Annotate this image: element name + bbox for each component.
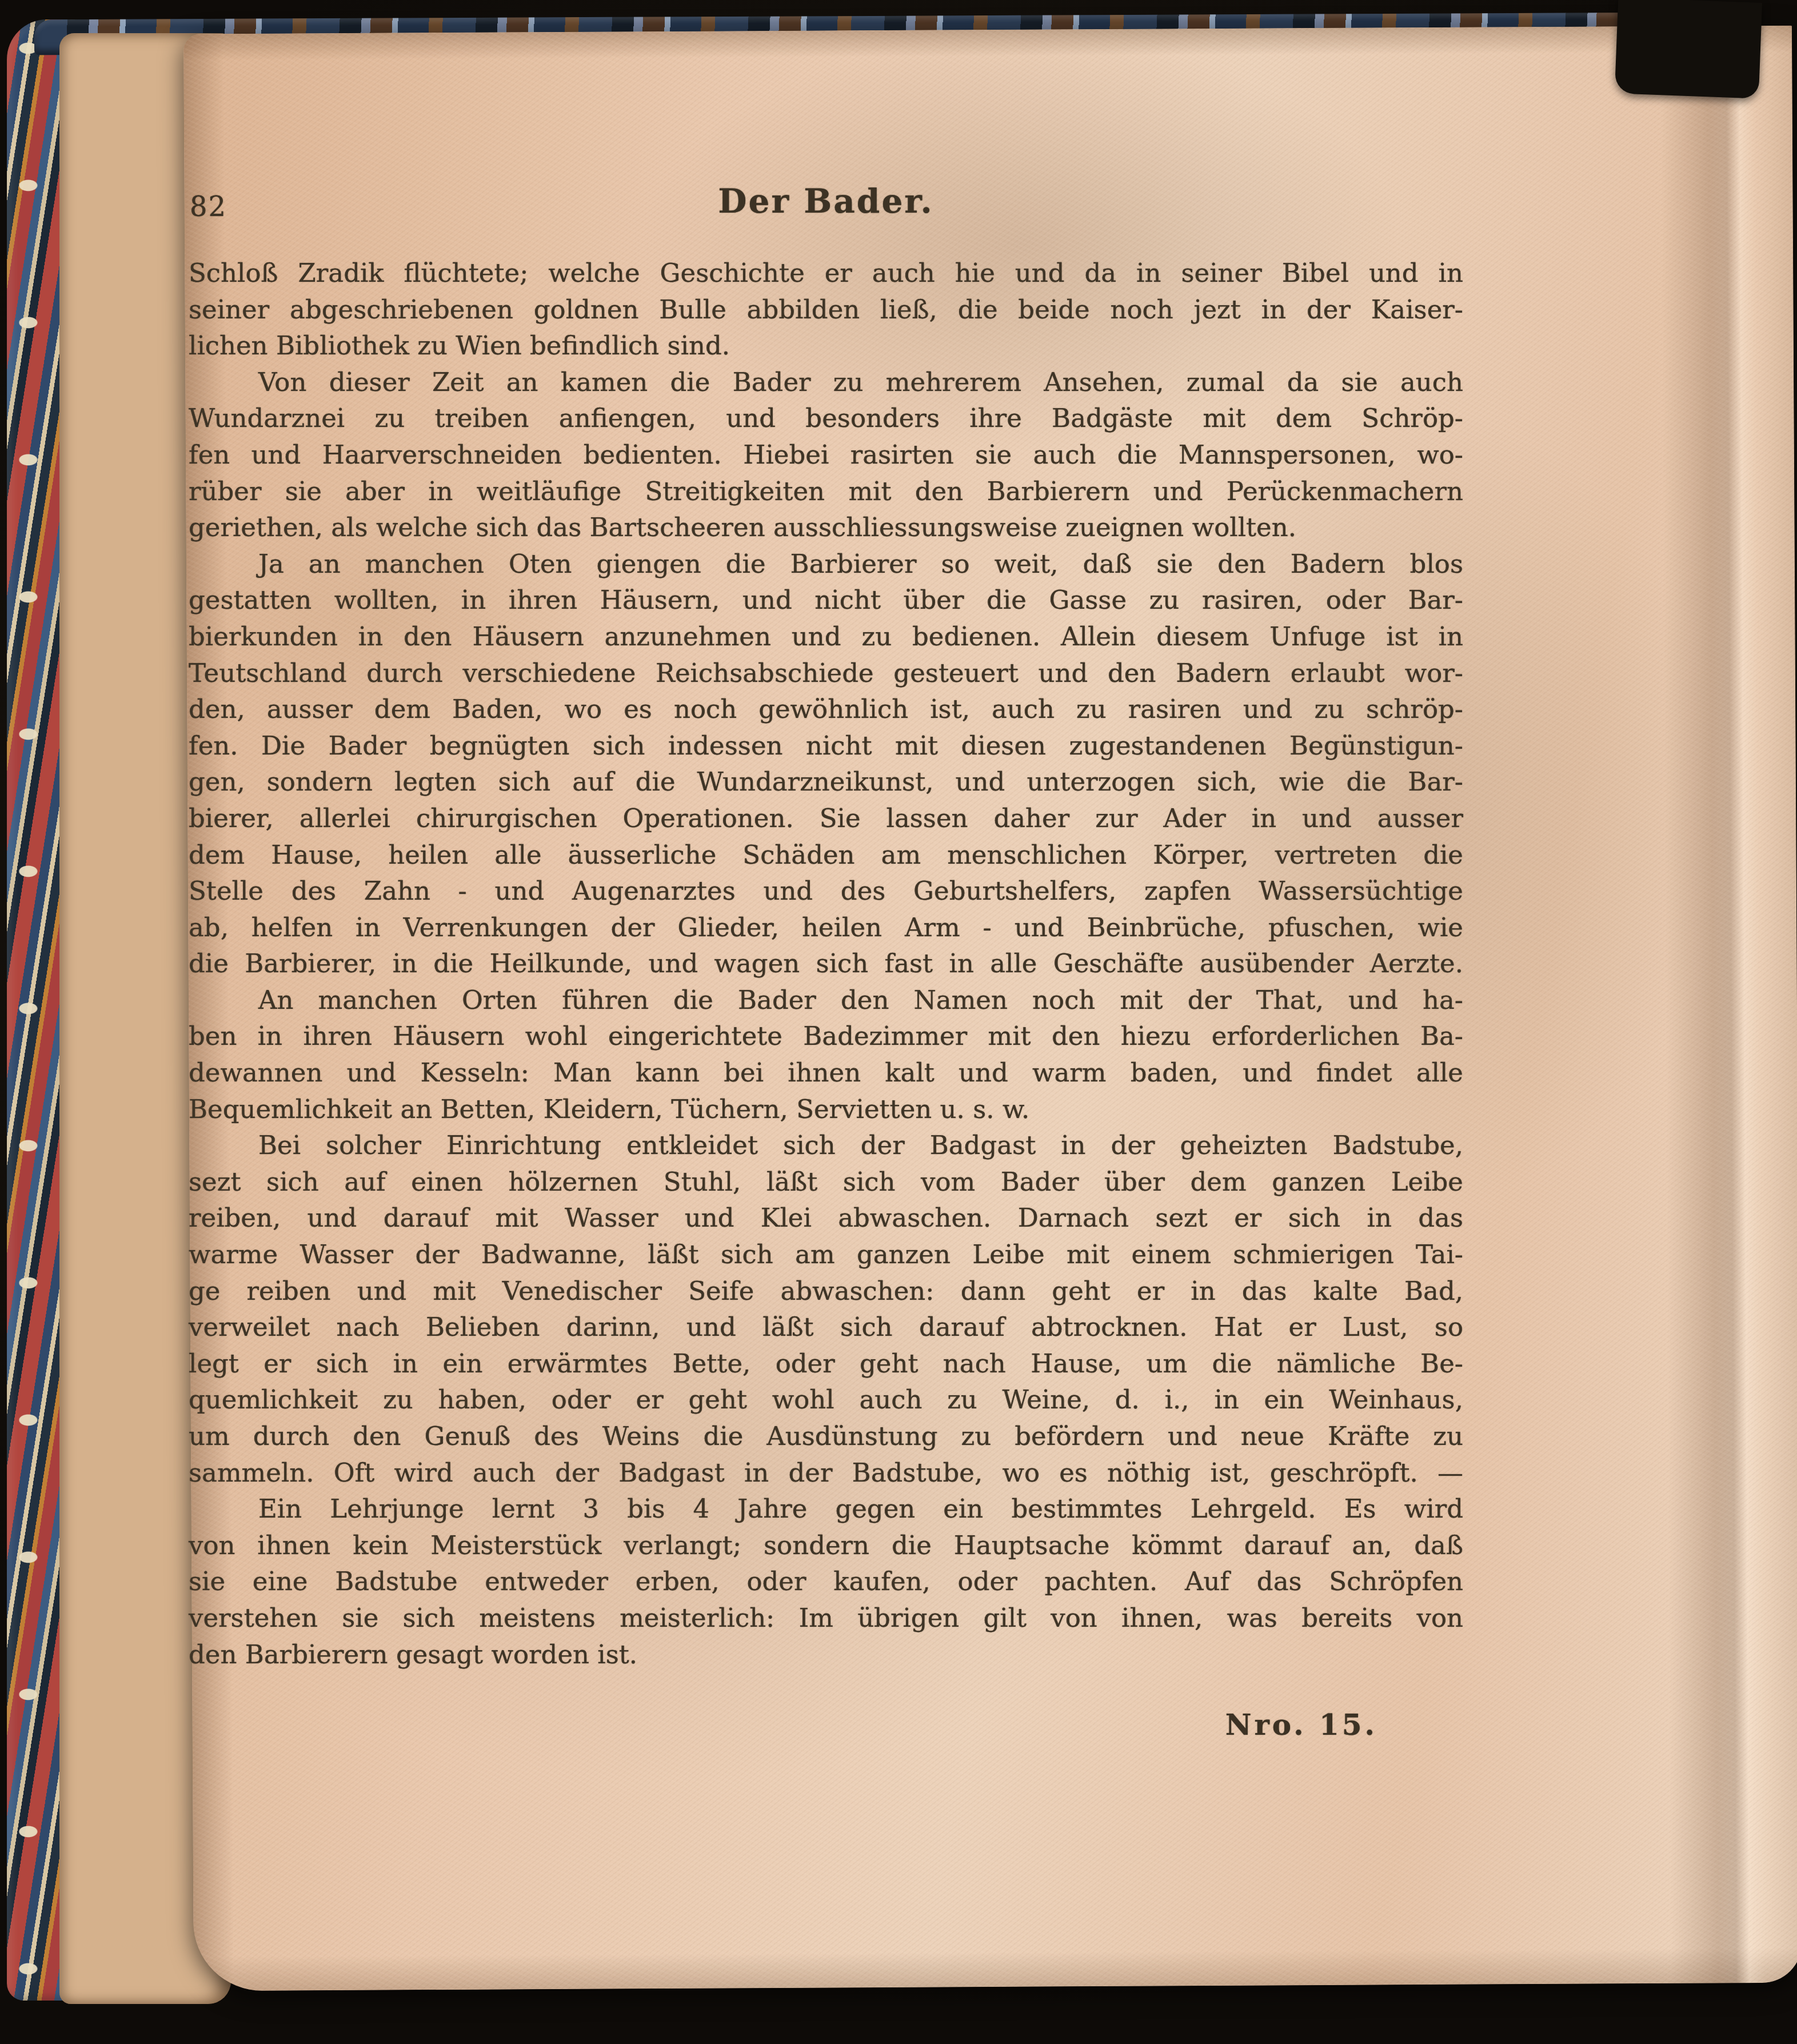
page-fold-crease — [1660, 26, 1797, 1983]
text-line: ben in ihren Häusern wohl eingerichtete … — [189, 1018, 1463, 1055]
scanner-background-notch — [1615, 0, 1762, 99]
text-line: fen. Die Bader begnügten sich indessen n… — [189, 728, 1463, 764]
text-line: geriethen, als welche sich das Bartschee… — [189, 509, 1463, 546]
text-line: Ja an manchen Oten giengen die Barbierer… — [189, 546, 1463, 582]
text-line: sie eine Badstube entweder erben, oder k… — [189, 1563, 1463, 1600]
text-line: Bei solcher Einrichtung entkleidet sich … — [189, 1127, 1463, 1164]
text-line: dem Hause, heilen alle äusserliche Schäd… — [189, 837, 1463, 873]
signature-mark: Nro. 15. — [189, 1708, 1463, 1742]
text-line: lichen Bibliothek zu Wien befindlich sin… — [189, 328, 1463, 364]
text-line: Teutschland durch verschiedene Reichsabs… — [189, 655, 1463, 692]
text-line: reiben, und darauf mit Wasser und Klei a… — [189, 1200, 1463, 1236]
text-line: verstehen sie sich meistens meisterlich:… — [189, 1600, 1463, 1636]
text-block: Schloß Zradik flüchtete; welche Geschich… — [189, 255, 1463, 1672]
text-line: Ein Lehrjunge lernt 3 bis 4 Jahre gegen … — [189, 1491, 1463, 1527]
text-line: ab, helfen in Verrenkungen der Glieder, … — [189, 909, 1463, 946]
text-line: quemlichkeit zu haben, oder er geht wohl… — [189, 1382, 1463, 1418]
text-line: fen und Haarverschneiden bedienten. Hieb… — [189, 437, 1463, 473]
text-line: gestatten wollten, in ihren Häusern, und… — [189, 582, 1463, 618]
text-line: sammeln. Oft wird auch der Badgast in de… — [189, 1455, 1463, 1491]
text-line: bierkunden in den Häusern anzunehmen und… — [189, 618, 1463, 655]
text-line: Stelle des Zahn - und Augenarztes und de… — [189, 873, 1463, 909]
page-header: 82 Der Bader. — [189, 182, 1463, 245]
text-line: Wundarznei zu treiben anfiengen, und bes… — [189, 400, 1463, 437]
text-line: den, ausser dem Baden, wo es noch gewöhn… — [189, 691, 1463, 728]
text-line: Schloß Zradik flüchtete; welche Geschich… — [189, 255, 1463, 292]
text-line: ge reiben und mit Venedischer Seife abwa… — [189, 1273, 1463, 1310]
text-line: Von dieser Zeit an kamen die Bader zu me… — [189, 364, 1463, 401]
text-line: die Barbierer, in die Heilkunde, und wag… — [189, 945, 1463, 982]
text-line: rüber sie aber in weitläufige Streitigke… — [189, 473, 1463, 510]
text-line: gen, sondern legten sich auf die Wundarz… — [189, 764, 1463, 800]
scanner-background: 82 Der Bader. Schloß Zradik flüchtete; w… — [0, 0, 1797, 2044]
text-line: dewannen und Kesseln: Man kann bei ihnen… — [189, 1055, 1463, 1091]
text-line: Bequemlichkeit an Betten, Kleidern, Tüch… — [189, 1091, 1463, 1128]
text-line: warme Wasser der Badwanne, läßt sich am … — [189, 1236, 1463, 1273]
text-line: sezt sich auf einen hölzernen Stuhl, läß… — [189, 1164, 1463, 1200]
text-line: bierer, allerlei chirurgischen Operation… — [189, 800, 1463, 837]
text-line: den Barbierern gesagt worden ist. — [189, 1636, 1463, 1673]
text-line: um durch den Genuß des Weins die Ausdüns… — [189, 1418, 1463, 1455]
running-header: Der Bader. — [189, 182, 1463, 221]
text-line: seiner abgeschriebenen goldnen Bulle abb… — [189, 292, 1463, 328]
text-line: An manchen Orten führen die Bader den Na… — [189, 982, 1463, 1019]
text-line: legt er sich in ein erwärmtes Bette, ode… — [189, 1346, 1463, 1382]
text-line: verweilet nach Belieben darinn, und läßt… — [189, 1309, 1463, 1346]
text-line: von ihnen kein Meisterstück verlangt; so… — [189, 1527, 1463, 1564]
